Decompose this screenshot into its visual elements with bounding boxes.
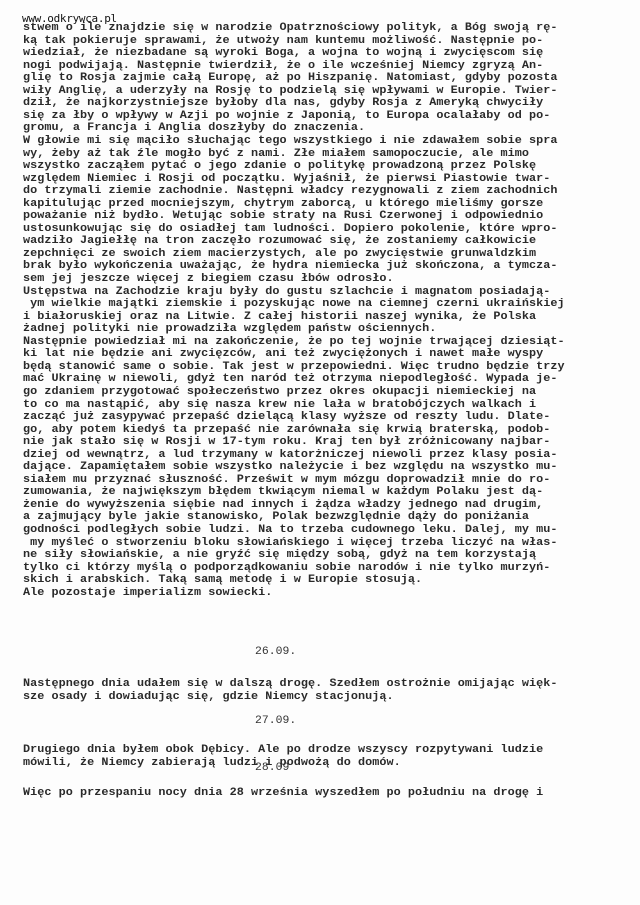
text-line: żadnej polityki nie prowadziła względem … <box>23 323 436 335</box>
entry-text-line: Następnego dnia udałem się w dalszą drog… <box>23 678 557 690</box>
text-line: dające. Zapamiętałem sobie wszystko nale… <box>23 461 557 473</box>
text-line: ki lat nie będzie ani zwycięzców, ani te… <box>23 348 543 360</box>
text-line: godności podległych sobie ludzi. Na to t… <box>23 524 557 536</box>
text-line: skich i arabskich. Taką samą metodę i w … <box>23 574 422 586</box>
entry-date: 26.09. <box>255 646 296 658</box>
text-line: się za łby o wpływy w Azji po wojnie z J… <box>23 110 550 122</box>
text-line: wszystko zacząłem pytać o jego zdanie o … <box>23 160 536 172</box>
text-line: a zajmujący byle jakie stanowisko, Polak… <box>23 511 529 523</box>
text-line: Następnie powiedział mi na zakończenie, … <box>23 336 565 348</box>
entry-text-line: mówili, że Niemcy zabierają ludzi i podw… <box>23 757 401 769</box>
text-line: to co ma nastąpić, aby się nasza krew ni… <box>23 399 536 411</box>
text-line: zepchnięci ze swoich ziem macierzystych,… <box>23 248 536 260</box>
text-line: wy, żeby aż tak źle mogło być z nami. Zł… <box>23 148 529 160</box>
text-line: sem jej jeszcze więcej z biegiem czasu ł… <box>23 273 394 285</box>
text-line: do trzymali ziemie zachodnie. Następni w… <box>23 185 557 197</box>
text-line: kapitulując przed mocniejszym, chytrym z… <box>23 198 543 210</box>
entry-text-line: Drugiego dnia byłem obok Dębicy. Ale po … <box>23 744 543 756</box>
text-line: nie jak stało się w Rosji w 17-tym roku.… <box>23 436 550 448</box>
text-line: go, aby potem kiedyś ta przepaść nie zar… <box>23 424 550 436</box>
entry-date: 27.09. <box>255 715 296 727</box>
text-line: i białoruskiej oraz na Litwie. Z całej h… <box>23 311 536 323</box>
text-line: będą stanowić same o sobie. Tak jest w p… <box>23 361 565 373</box>
text-line: ne siły słowiańskie, a nie gryźć się mię… <box>23 549 536 561</box>
text-line: ustosunkowując się do osiadłej tam ludno… <box>23 223 557 235</box>
entry-text-line: sze osady i dowiadując się, gdzie Niemcy… <box>23 691 394 703</box>
text-line: ką tak pokieruje sprawami, że utwoży nam… <box>23 35 543 47</box>
text-line: siałem mu przyznać słuszność. Prześwit w… <box>23 474 550 486</box>
text-line: żenie do wywyższenia siębie nad innych i… <box>23 499 543 511</box>
text-line: zacząć już zasypywać przepaść dzielącą k… <box>23 411 550 423</box>
text-line: względem Niemiec i Rosji od początku. Wy… <box>23 173 550 185</box>
text-line: go zdaniem przygotować społeczeństwo prz… <box>23 386 536 398</box>
text-line: W głowie mi się mąciło słuchając tego ws… <box>23 135 557 147</box>
text-line: gromu, a Francja i Anglia doszłyby do zn… <box>23 122 365 134</box>
text-line: wiły Anglię, a uderzyły na Rosję to podz… <box>23 85 557 97</box>
text-line: ym wielkie majątki ziemskie i pozyskując… <box>23 298 565 310</box>
text-line: dził, że najkorzystniejsze byłoby dla na… <box>23 97 543 109</box>
text-line: mać Ukrainę w niewoli, gdyż ten naród te… <box>23 373 557 385</box>
text-line: brak było wykończenia uważając, że hydra… <box>23 260 557 272</box>
entry-date: 28.09 <box>255 762 289 774</box>
text-line: wiedział, że niezbadane są wyroki Boga, … <box>23 47 543 59</box>
text-line: stwem o ile znajdzie się w narodzie Opat… <box>23 22 557 34</box>
text-line: nogi podwijają. Następnie twierdził, że … <box>23 60 543 72</box>
text-line: zumowania, że największym błędem tkwiący… <box>23 486 543 498</box>
text-line: tylko ci którzy myślą o podporządkowaniu… <box>23 562 550 574</box>
text-line: Ale pozostaje imperializm sowiecki. <box>23 587 272 599</box>
text-line: wadziło Jagiełłę na tron zaczęło rozumow… <box>23 235 536 247</box>
text-line: poważanie niż bydło. Wetując sobie strat… <box>23 210 543 222</box>
entry-text-line: Więc po przespaniu nocy dnia 28 września… <box>23 787 543 799</box>
text-line: glię to Rosja zajmie całą Europę, aż po … <box>23 72 557 84</box>
text-line: my myśleć o stworzeniu bloku słowiańskie… <box>23 537 557 549</box>
text-line: Ustępstwa na Zachodzie kraju były do gus… <box>23 286 550 298</box>
text-line: dziej od wewnątrz, a lud trzymany w kato… <box>23 449 557 461</box>
